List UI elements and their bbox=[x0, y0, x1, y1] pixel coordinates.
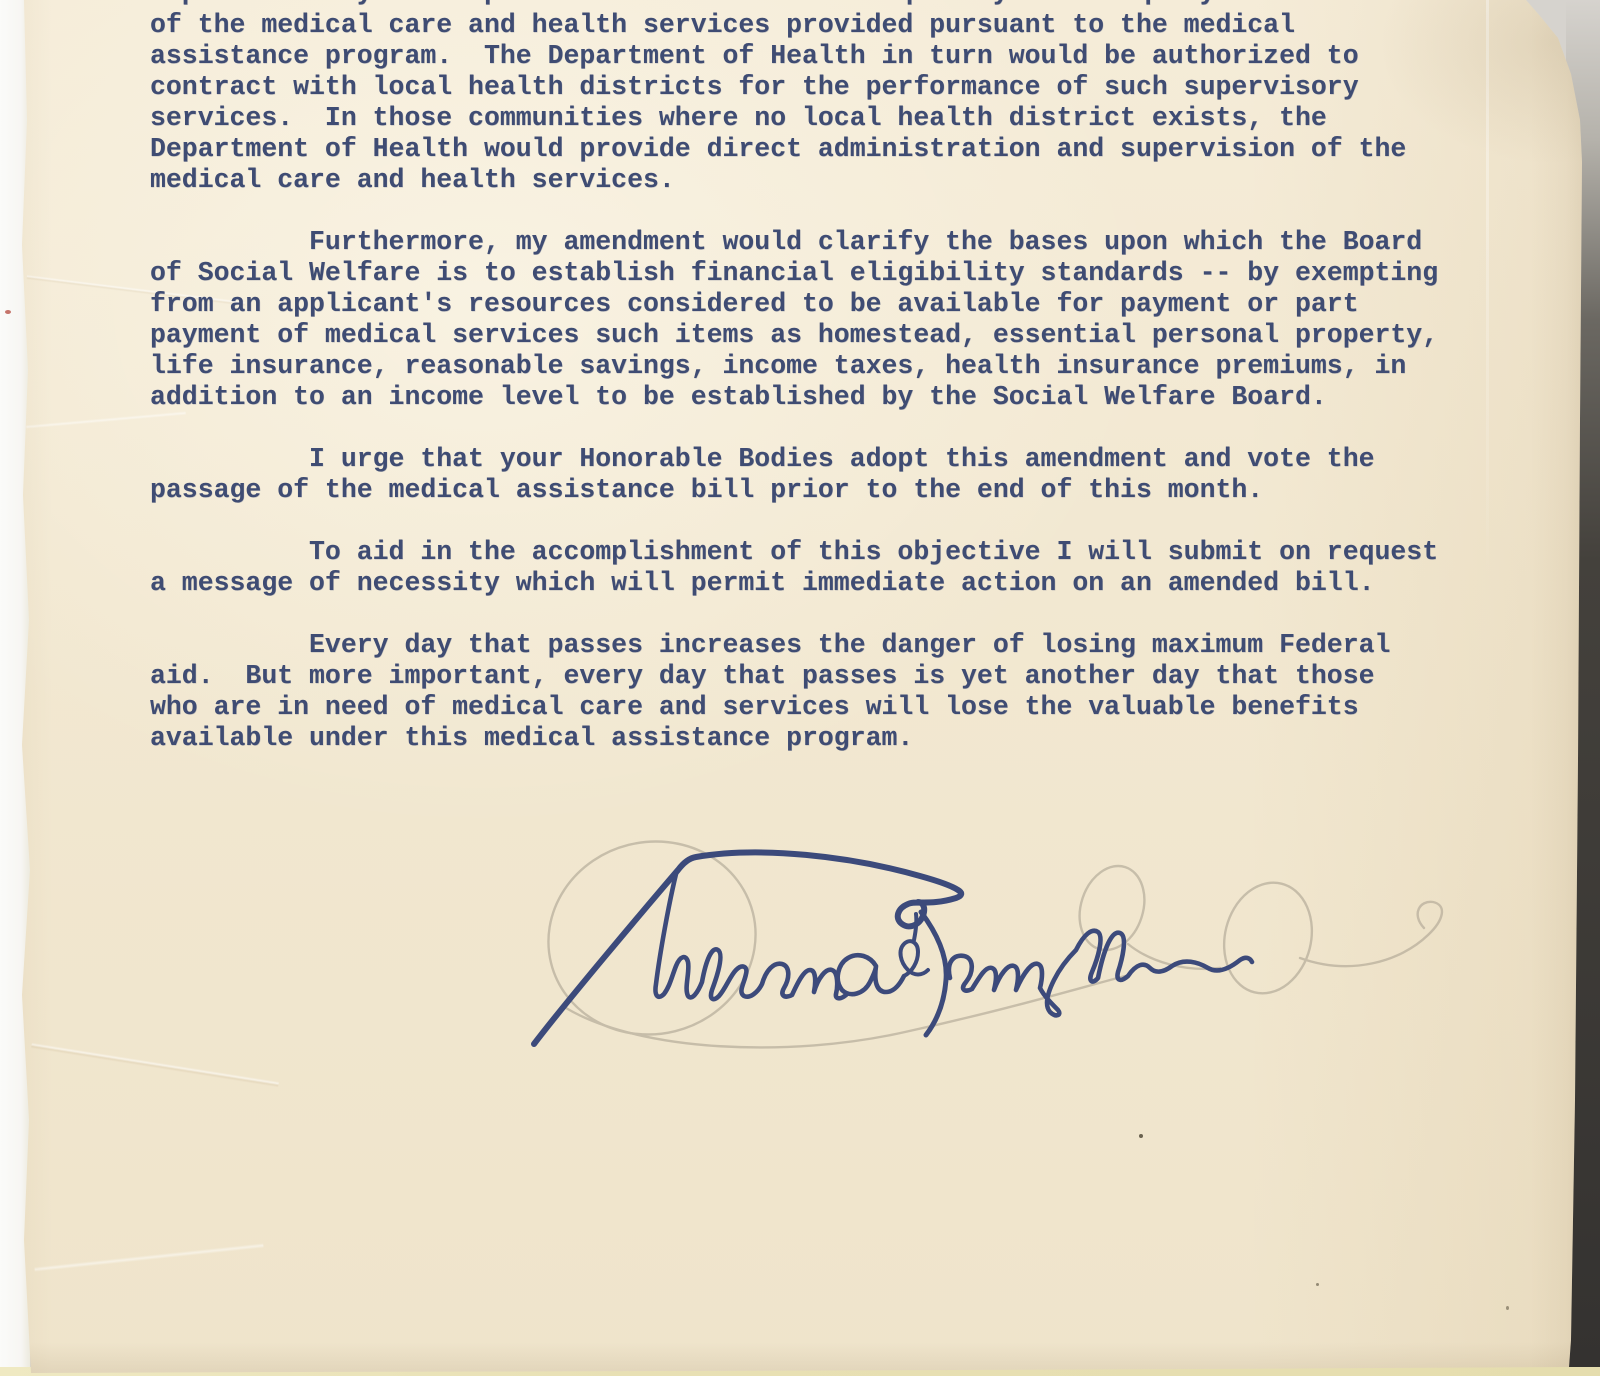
scan-speck bbox=[5, 310, 11, 314]
signature-ink bbox=[534, 852, 1252, 1044]
document-page: supervision by the Department of Health … bbox=[0, 0, 1600, 1376]
signature-image bbox=[0, 0, 1600, 1376]
